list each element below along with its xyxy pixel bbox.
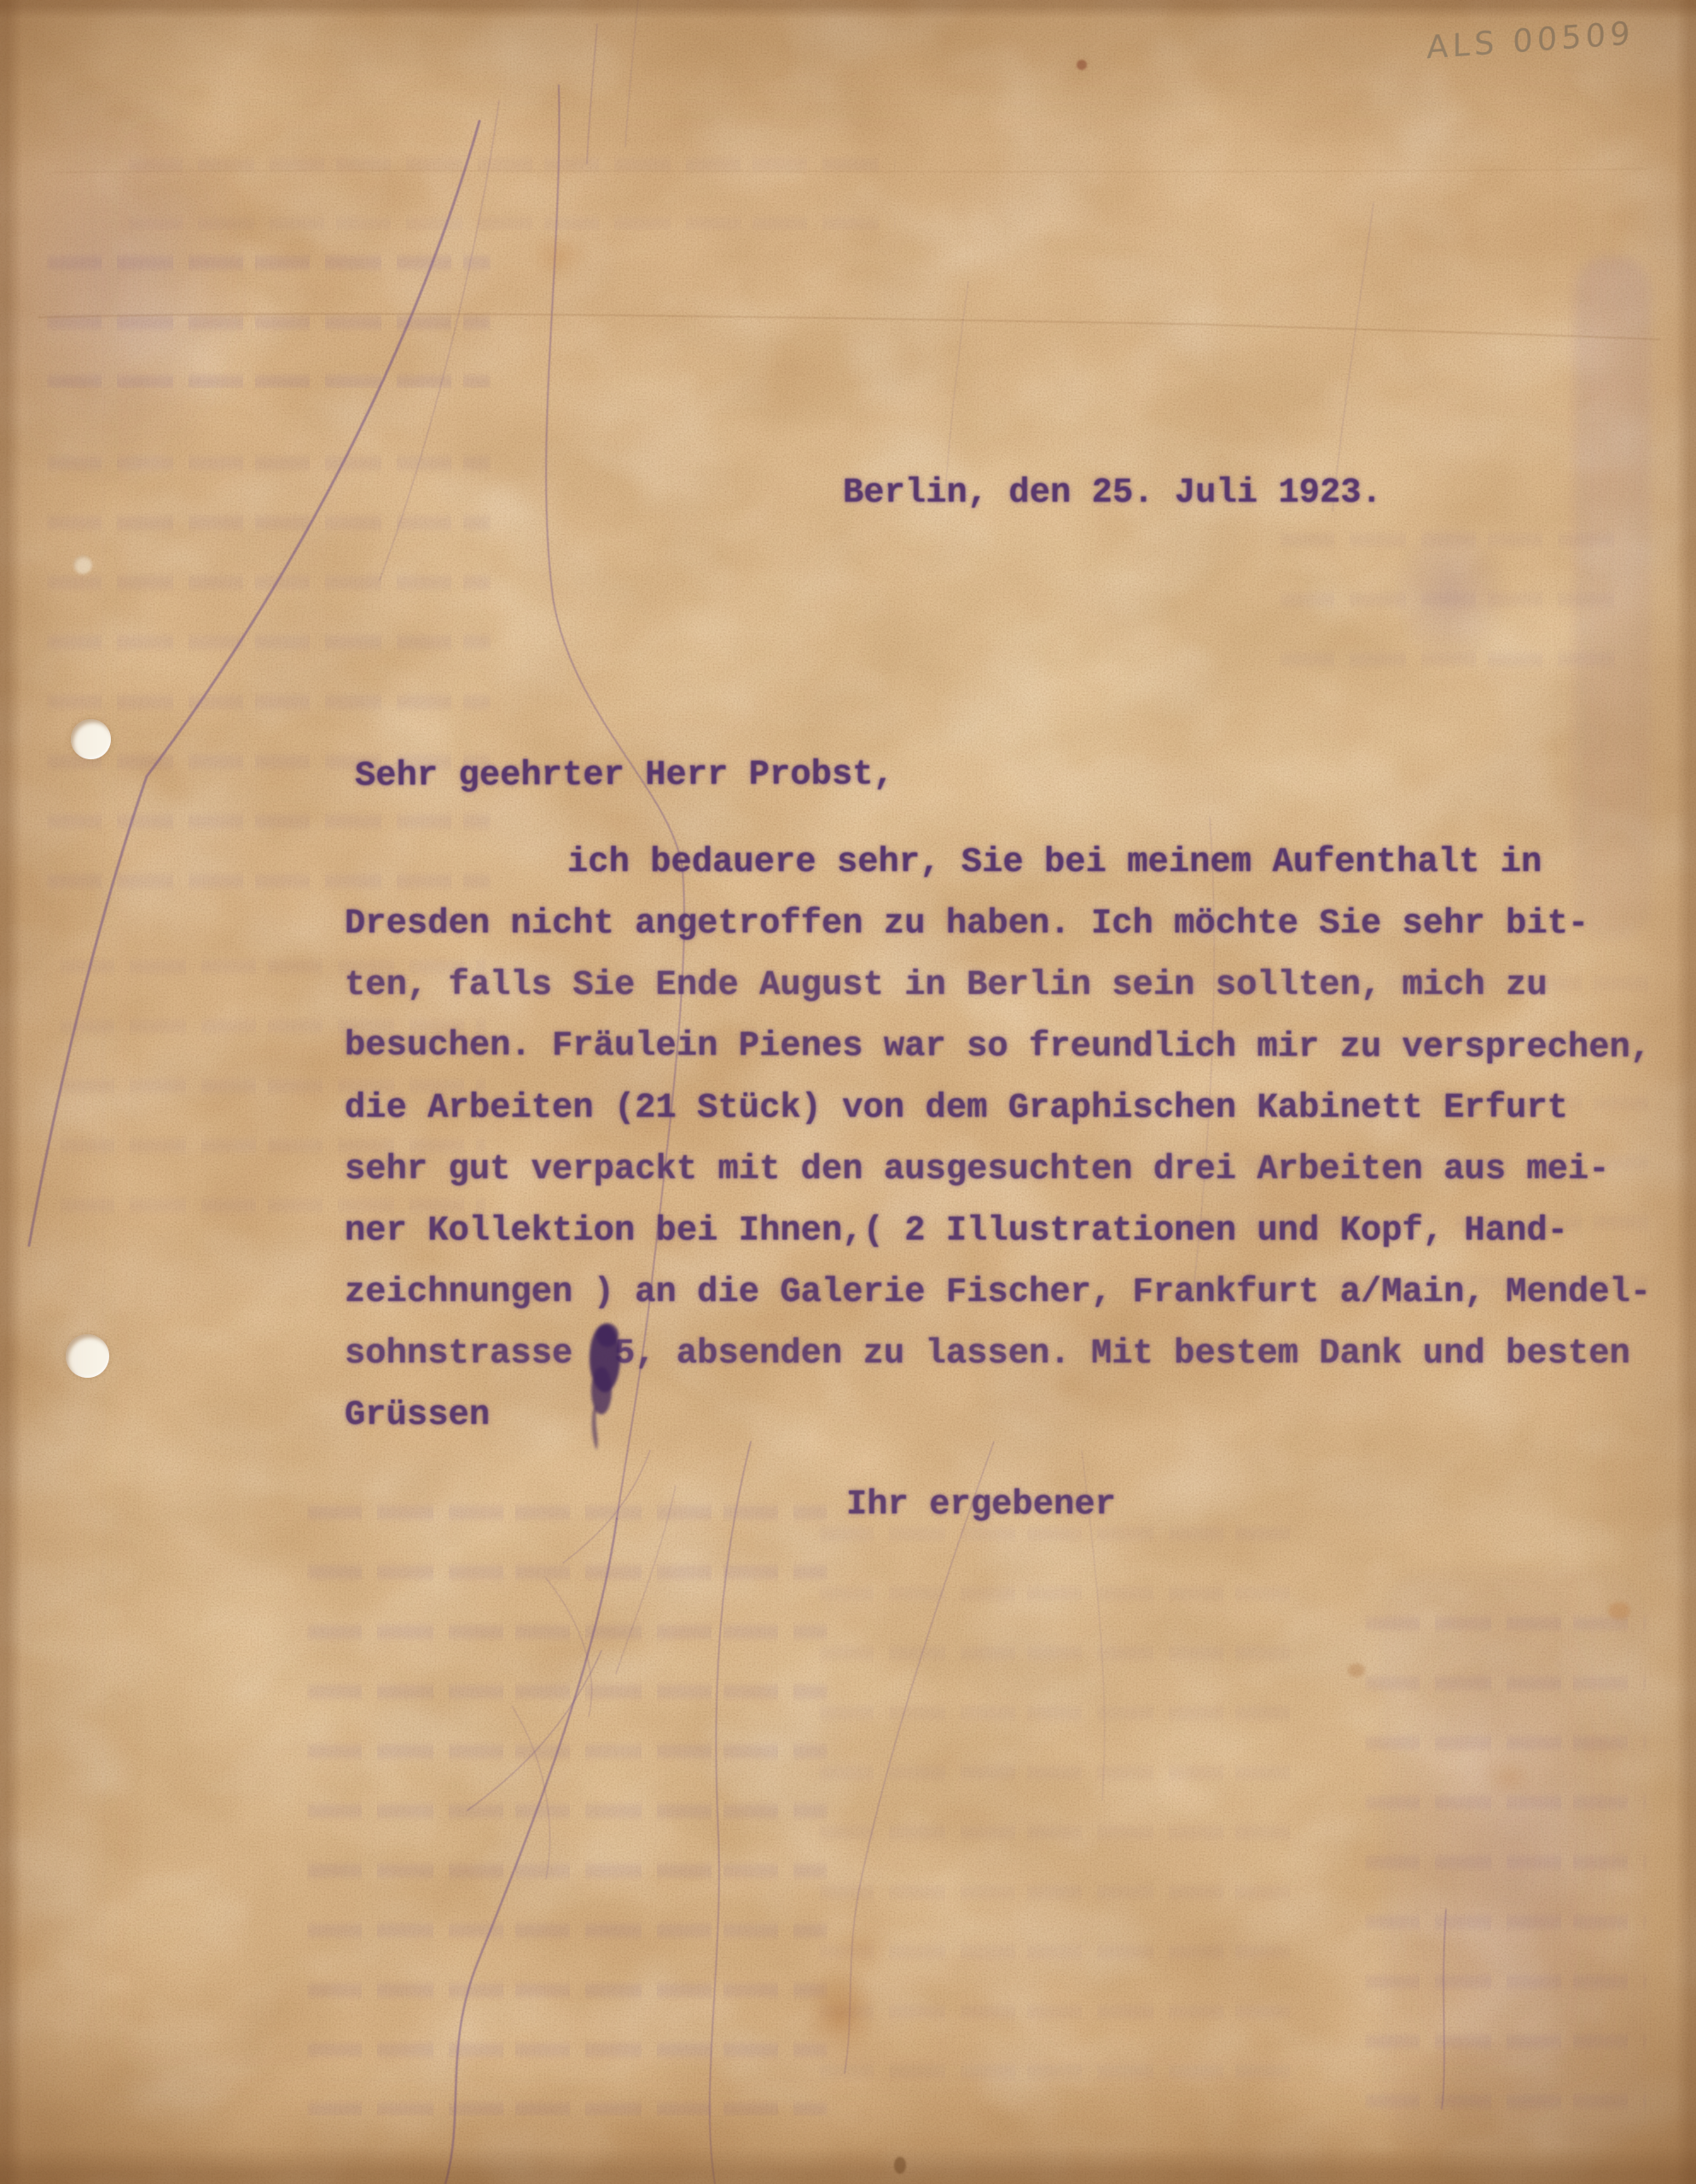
letter-line: ich bedauere sehr, Sie bei meinem Aufent…: [567, 845, 1542, 880]
letter-line: ner Kollektion bei Ihnen,( 2 Illustratio…: [345, 1214, 1568, 1249]
bleedthrough-rows: [47, 418, 491, 904]
letter-line: Grüssen: [345, 1398, 490, 1433]
dateline: Berlin, den 25. Juli 1923.: [843, 476, 1382, 511]
brown-stain: [832, 1915, 892, 1975]
bleedthrough-rows: [47, 218, 491, 388]
brown-stain: [802, 1962, 879, 2073]
archive-number-handwritten: ALS 00509: [1426, 15, 1634, 66]
letter-line: die Arbeiten (21 Stück) von dem Graphisc…: [345, 1091, 1568, 1126]
punch-hole: [66, 1334, 109, 1378]
letter-line: zeichnungen ) an die Galerie Fischer, Fr…: [345, 1275, 1651, 1310]
faint-stain: [597, 2116, 751, 2175]
closing: Ihr ergebener: [846, 1488, 1116, 1523]
letter-line: ten, falls Sie Ende August in Berlin sei…: [345, 968, 1548, 1003]
foxing-spot: [1484, 1757, 1536, 1797]
dark-speck: [894, 2157, 906, 2174]
purple-haze: [1391, 520, 1510, 665]
dark-speck: [1077, 60, 1087, 70]
purple-haze: [0, 77, 256, 486]
faint-stain: [529, 237, 589, 276]
bleedthrough-rows: [819, 1489, 1305, 2086]
bleedthrough-rows: [128, 119, 896, 230]
bleedthrough-rows: [1365, 1578, 1647, 2150]
letter-scan: ALS 00509 Berlin, den 25. Juli 1923. Seh…: [0, 0, 1696, 2184]
letter-line: sohnstrasse 5, absenden zu lassen. Mit b…: [345, 1337, 1630, 1372]
purple-haze: [1382, 1570, 1647, 2150]
foxing-spot: [1608, 1602, 1630, 1619]
bleedthrough-rows: [307, 1467, 828, 2116]
bleedthrough-rows: [1280, 495, 1629, 708]
letter-line: Dresden nicht angetroffen zu haben. Ich …: [345, 907, 1589, 942]
punch-hole-dent: [73, 555, 92, 574]
purple-haze: [1574, 256, 1651, 938]
letter-line: sehr gut verpackt mit den ausgesuchten d…: [345, 1153, 1610, 1188]
letter-line: besuchen. Fräulein Pienes war so freundl…: [345, 1029, 1651, 1066]
punch-hole: [71, 719, 111, 759]
salutation: Sehr geehrter Herr Probst,: [355, 758, 894, 793]
foxing-spot: [1348, 1664, 1365, 1677]
